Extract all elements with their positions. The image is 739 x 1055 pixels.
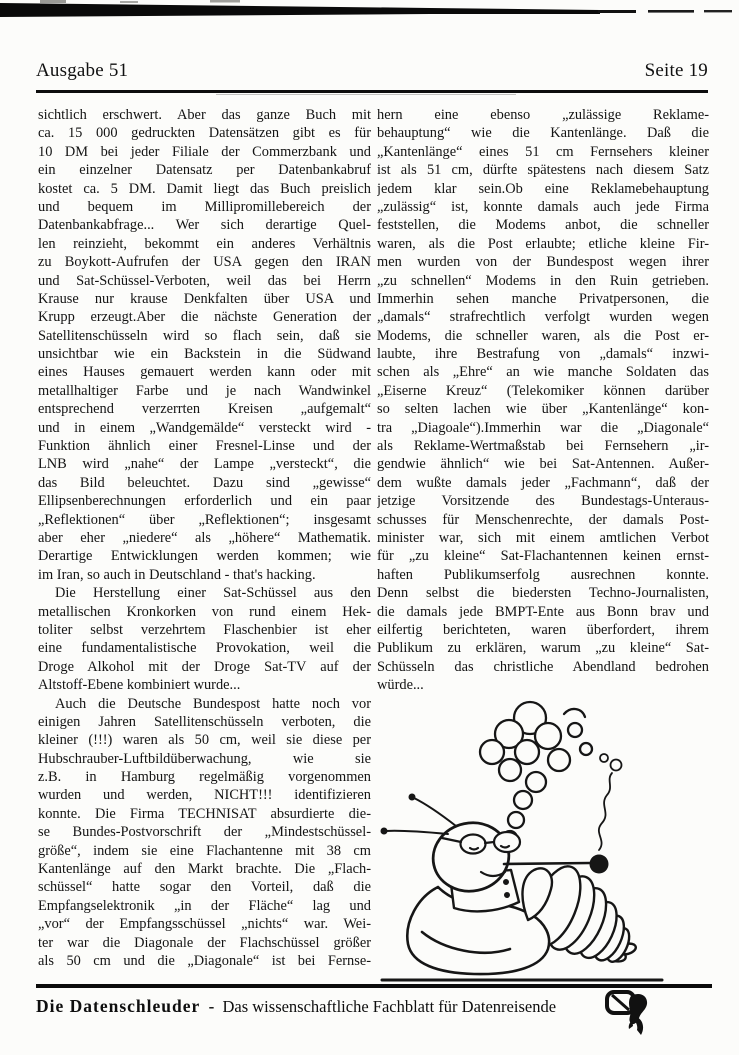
text-line: se Bundes-Postvorschrift der „Mindestsch… — [38, 823, 371, 841]
text-line: Datenbankabfrage... Wer sich derartige Q… — [38, 216, 371, 234]
footer-separator: - — [205, 997, 219, 1016]
text-line: Publikum zu erklären, warum „zu kleine“ … — [377, 639, 709, 657]
page-number-label: Seite 19 — [645, 60, 708, 82]
text-line: Ellipsenberechnungen erforderlich und ei… — [38, 492, 371, 510]
text-line: im Iran, so auch in Deutschland - that's… — [38, 566, 371, 584]
text-line: metallhaltiger Farbe und je nach Wandwin… — [38, 382, 371, 400]
issue-label: Ausgabe 51 — [36, 60, 128, 82]
text-line: konnte. Die Firma TECHNISAT absurdierte … — [38, 805, 371, 823]
text-line: sichtlich erschwert. Aber das ganze Buch… — [38, 106, 371, 124]
text-line: „damals“ strafrechtlich verfolgt wurden … — [377, 308, 709, 326]
text-line: aber eher „niedere“ als „höhere“ Mathema… — [38, 529, 371, 547]
text-line: Satellitenschüsseln wird so flach sein, … — [38, 327, 371, 345]
text-line: eines Hauses gemauert werden kann oder m… — [38, 363, 371, 381]
text-line: tra „Diagoale“).Immerhin war die „Diagon… — [377, 419, 709, 437]
text-line: größe“, indem sie eine Flachantenne mit … — [38, 842, 371, 860]
text-line: Auch die Deutsche Bundespost hatte noch … — [38, 695, 371, 713]
text-line: hern eine ebenso „zulässige Reklame- — [377, 106, 709, 124]
text-line: so selten lachen wie über „Kantenlänge“ … — [377, 400, 709, 418]
text-line: wurden und werden, NICHT!!! identifizier… — [38, 786, 371, 804]
text-line: Immerhin sehen manche Privatpersonen, di… — [377, 290, 709, 308]
text-line: behauptung“ wie die Kantenlänge. Daß die — [377, 124, 709, 142]
text-line: metallischen Kronkorken von rund einem H… — [38, 603, 371, 621]
text-line: schüssel“ hatte sogar den Vorteil, daß d… — [38, 878, 371, 896]
text-line: „zulässig“ ist, konnte damals auch jede … — [377, 198, 709, 216]
datenschleuder-slingshot-logo-icon — [604, 988, 650, 1038]
text-line: „vor“ der Empfangsschüssel „nichts“ war.… — [38, 915, 371, 933]
text-line: Krause nur krause Denkfalten über USA un… — [38, 290, 371, 308]
text-line: Die Herstellung einer Sat-Schüssel aus d… — [38, 584, 371, 602]
text-line: „Reflektionen“ über „Reflektionen“; insg… — [38, 511, 371, 529]
text-line: schusses für Menschenrechte, der damals … — [377, 511, 709, 529]
text-line: len reinzieht, bekommt ein anderes Verhä… — [38, 235, 371, 253]
text-line: LNB wird „nahe“ der Lampe „versteckt“, d… — [38, 455, 371, 473]
text-line: „Eiserne Kreuz“ (Telekomiker können darü… — [377, 382, 709, 400]
text-line: feststellen, die Modems anbot, die schne… — [377, 216, 709, 234]
text-line: Denn selbst die biedersten Techno-Journa… — [377, 584, 709, 602]
text-line: Schüsseln das christliche Abendland bedr… — [377, 658, 709, 676]
text-line: Krupp erzeugt.Aber die nächste Generatio… — [38, 308, 371, 326]
page-header: Ausgabe 51 Seite 19 — [36, 60, 708, 82]
text-line: ter war die Diagonale der Flachschüssel … — [38, 934, 371, 952]
text-line: Empfangselektronik „in der Fläche“ lag u… — [38, 897, 371, 915]
text-line: „zu schnellen“ Modems in den Ruin getrie… — [377, 272, 709, 290]
text-line: ca. 15 000 gedruckten Datensätzen gibt e… — [38, 124, 371, 142]
text-line: haften Publikumserfolg ausrechnen konnte… — [377, 566, 709, 584]
text-line: für „zu kleine“ Sat-Flachantennen keinen… — [377, 547, 709, 565]
text-line: als 50 cm und die „Diagonale“ ist bei Fe… — [38, 952, 371, 970]
text-line: gendwie ähnlich“ wie bei Sat-Antennen. A… — [377, 455, 709, 473]
text-line: ein einzelner Datensatz per Datenbankabr… — [38, 161, 371, 179]
text-line: einigen Jahren Satellitenschüsseln verbo… — [38, 713, 371, 731]
text-line: schen als „Ehre“ an wie manche Soldaten … — [377, 363, 709, 381]
scanned-magazine-page: Ausgabe 51 Seite 19 sichtlich erschwert.… — [0, 0, 739, 1055]
text-line: Kantenlänge auf den Markt brachte. Die „… — [38, 860, 371, 878]
text-line: eilfertig berichteten, waren überfordert… — [377, 621, 709, 639]
text-line: die damals jede BMPT-Ente aus Bonn brav … — [377, 603, 709, 621]
text-line: kostet ca. 5 DM. Damit liegt das Buch pr… — [38, 180, 371, 198]
text-line: als Reklame-Wertmaßstab bei Fernsehern „… — [377, 437, 709, 455]
text-column-left: sichtlich erschwert. Aber das ganze Buch… — [38, 106, 371, 970]
text-line: 10 DM bei jeder Filiale der Commerzbank … — [38, 143, 371, 161]
text-line: waren, als die Post erlaubte; etliche kl… — [377, 235, 709, 253]
text-line: eine fundamentalistische Provokation, we… — [38, 639, 371, 657]
text-line: minister war, sich mit einem amtlichen V… — [377, 529, 709, 547]
text-line: jedem klar sein.Ob eine Reklamebehauptun… — [377, 180, 709, 198]
text-line: entsprechend verzerrten Kreisen „aufgema… — [38, 400, 371, 418]
scan-artifact-top-bar — [0, 0, 739, 24]
text-line: und in einem „Wandgemälde“ versteckt wir… — [38, 419, 371, 437]
text-line: das Bild beleuchtet. Dazu sind „gewisse“ — [38, 474, 371, 492]
text-line: unsichtbar wie ein Backstein in die Südw… — [38, 345, 371, 363]
text-line: Altstoff-Ebene kombiniert wurde... — [38, 676, 371, 694]
text-line: zu Boykott-Aufrufen der USA gegen den IR… — [38, 253, 371, 271]
smoking-caterpillar-cartoon — [378, 692, 723, 992]
text-line: laubte, ihre Bestrafung von „damals“ inz… — [377, 345, 709, 363]
text-line: Derartige Entwicklungen werden kommen; w… — [38, 547, 371, 565]
text-line: Hubschrauber-Luftbildüberwachung, wie si… — [38, 750, 371, 768]
text-line: Modems, die schneller waren, als die Pos… — [377, 327, 709, 345]
text-line: „Kantenlänge“ eines 51 cm Fernsehers kle… — [377, 143, 709, 161]
text-line: kleiner (!!!) waren als 50 cm, weil sie … — [38, 731, 371, 749]
text-line: und Sat-Schüssel-Verboten, weil das bei … — [38, 272, 371, 290]
text-line: z.B. in Hamburg regelmäßig vorgenommen — [38, 768, 371, 786]
text-line: toliter selbst verzehrtem Flaschenbier i… — [38, 621, 371, 639]
text-line: Funktion ähnlich einer Fresnel-Linse und… — [38, 437, 371, 455]
text-column-right: hern eine ebenso „zulässige Reklame-beha… — [377, 106, 709, 695]
text-line: men wurden von der Bundespost wegen ihre… — [377, 253, 709, 271]
text-line: Droge Alkohol mit der Droge Sat-TV auf d… — [38, 658, 371, 676]
text-line: jetzige Vorsitzende des Bundestags-Unter… — [377, 492, 709, 510]
magazine-title: Die Datenschleuder — [36, 996, 200, 1016]
text-line: und bequem im Millipromillebereich der — [38, 198, 371, 216]
footer-banner: Die Datenschleuder - Das wissenschaftlic… — [36, 996, 596, 1017]
header-rule — [36, 90, 708, 93]
magazine-tagline: Das wissenschaftliche Fachblatt für Date… — [222, 997, 556, 1016]
text-line: ist als 51 cm, dürfte spätestens nach di… — [377, 161, 709, 179]
text-line: dem wußte damals jeder „Fachmann“, daß d… — [377, 474, 709, 492]
